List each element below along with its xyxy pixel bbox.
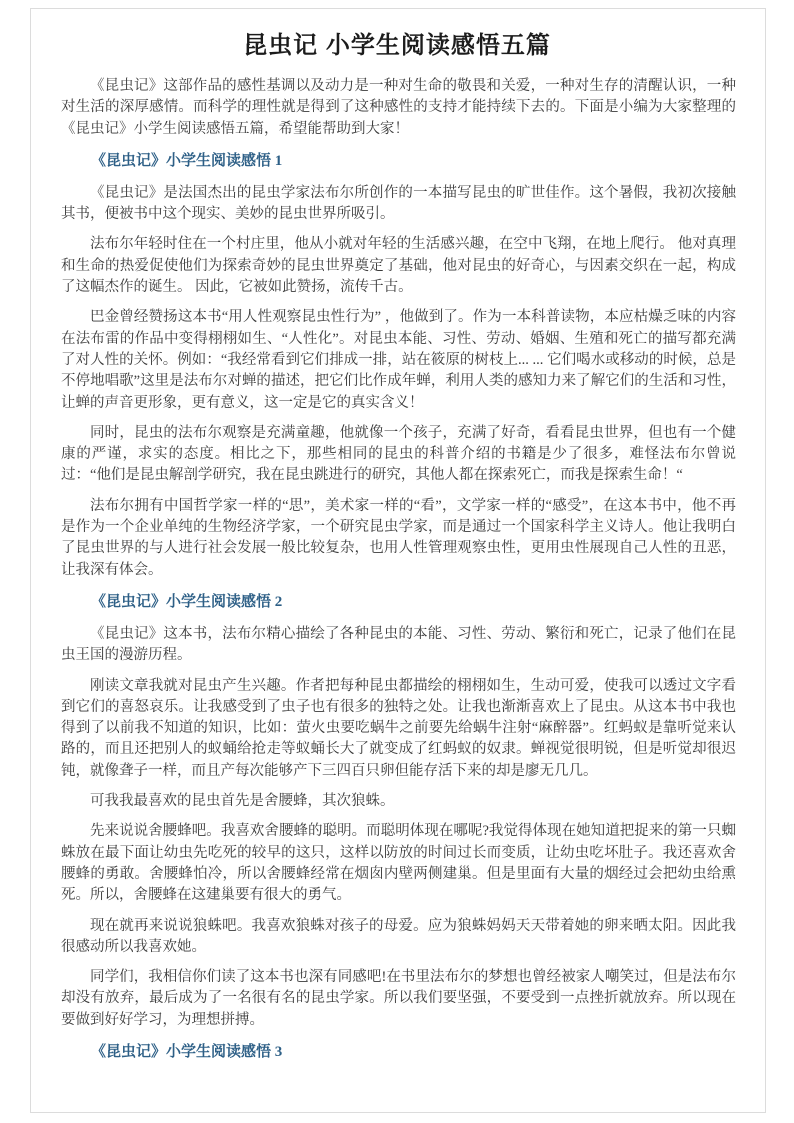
section-heading-2: 《昆虫记》小学生阅读感悟 2 — [61, 593, 736, 612]
paragraph: 刚读文章我就对昆虫产生兴趣。作者把每种昆虫都描绘的栩栩如生，生动可爱，使我可以透… — [61, 676, 736, 782]
paragraph: 《昆虫记》这本书，法布尔精心描绘了各种昆虫的本能、习性、劳动、繁衍和死亡，记录了… — [61, 624, 736, 667]
document-page: 昆虫记 小学生阅读感悟五篇 《昆虫记》这部作品的感性基调以及动力是一种对生命的敬… — [0, 0, 794, 1123]
paragraph: 可我我最喜欢的昆虫首先是舍腰蜂，其次狼蛛。 — [61, 791, 736, 812]
paragraph: 先来说说舍腰蜂吧。我喜欢舍腰蜂的聪明。而聪明体现在哪呢?我觉得体现在她知道把捉来… — [61, 821, 736, 906]
paragraph: 法布尔拥有中国哲学家一样的“思”，美术家一样的“看”，文学家一样的“感受”，在这… — [61, 496, 736, 581]
paragraph: 巴金曾经赞扬这本书“用人性观察昆虫性行为” ，他做到了。作为一本科普读物，本应枯… — [61, 307, 736, 413]
paragraph: 同学们，我相信你们读了这本书也深有同感吧!在书里法布尔的梦想也曾经被家人嘲笑过，… — [61, 967, 736, 1031]
document-body: 《昆虫记》这部作品的感性基调以及动力是一种对生命的敬畏和关爱，一种对生存的清醒认… — [0, 61, 794, 1062]
section-heading-3: 《昆虫记》小学生阅读感悟 3 — [61, 1043, 736, 1062]
paragraph: 法布尔年轻时住在一个村庄里，他从小就对年轻的生活感兴趣，在空中飞翔，在地上爬行。… — [61, 234, 736, 298]
page-title: 昆虫记 小学生阅读感悟五篇 — [0, 0, 794, 61]
paragraph: 《昆虫记》是法国杰出的昆虫学家法布尔所创作的一本描写昆虫的旷世佳作。这个暑假，我… — [61, 183, 736, 226]
intro-paragraph: 《昆虫记》这部作品的感性基调以及动力是一种对生命的敬畏和关爱，一种对生存的清醒认… — [61, 76, 736, 140]
paragraph: 同时，昆虫的法布尔观察是充满童趣，他就像一个孩子，充满了好奇，看看昆虫世界，但也… — [61, 423, 736, 487]
section-heading-1: 《昆虫记》小学生阅读感悟 1 — [61, 152, 736, 171]
paragraph: 现在就再来说说狼蛛吧。我喜欢狼蛛对孩子的母爱。应为狼蛛妈妈天天带着她的卵来晒太阳… — [61, 916, 736, 959]
